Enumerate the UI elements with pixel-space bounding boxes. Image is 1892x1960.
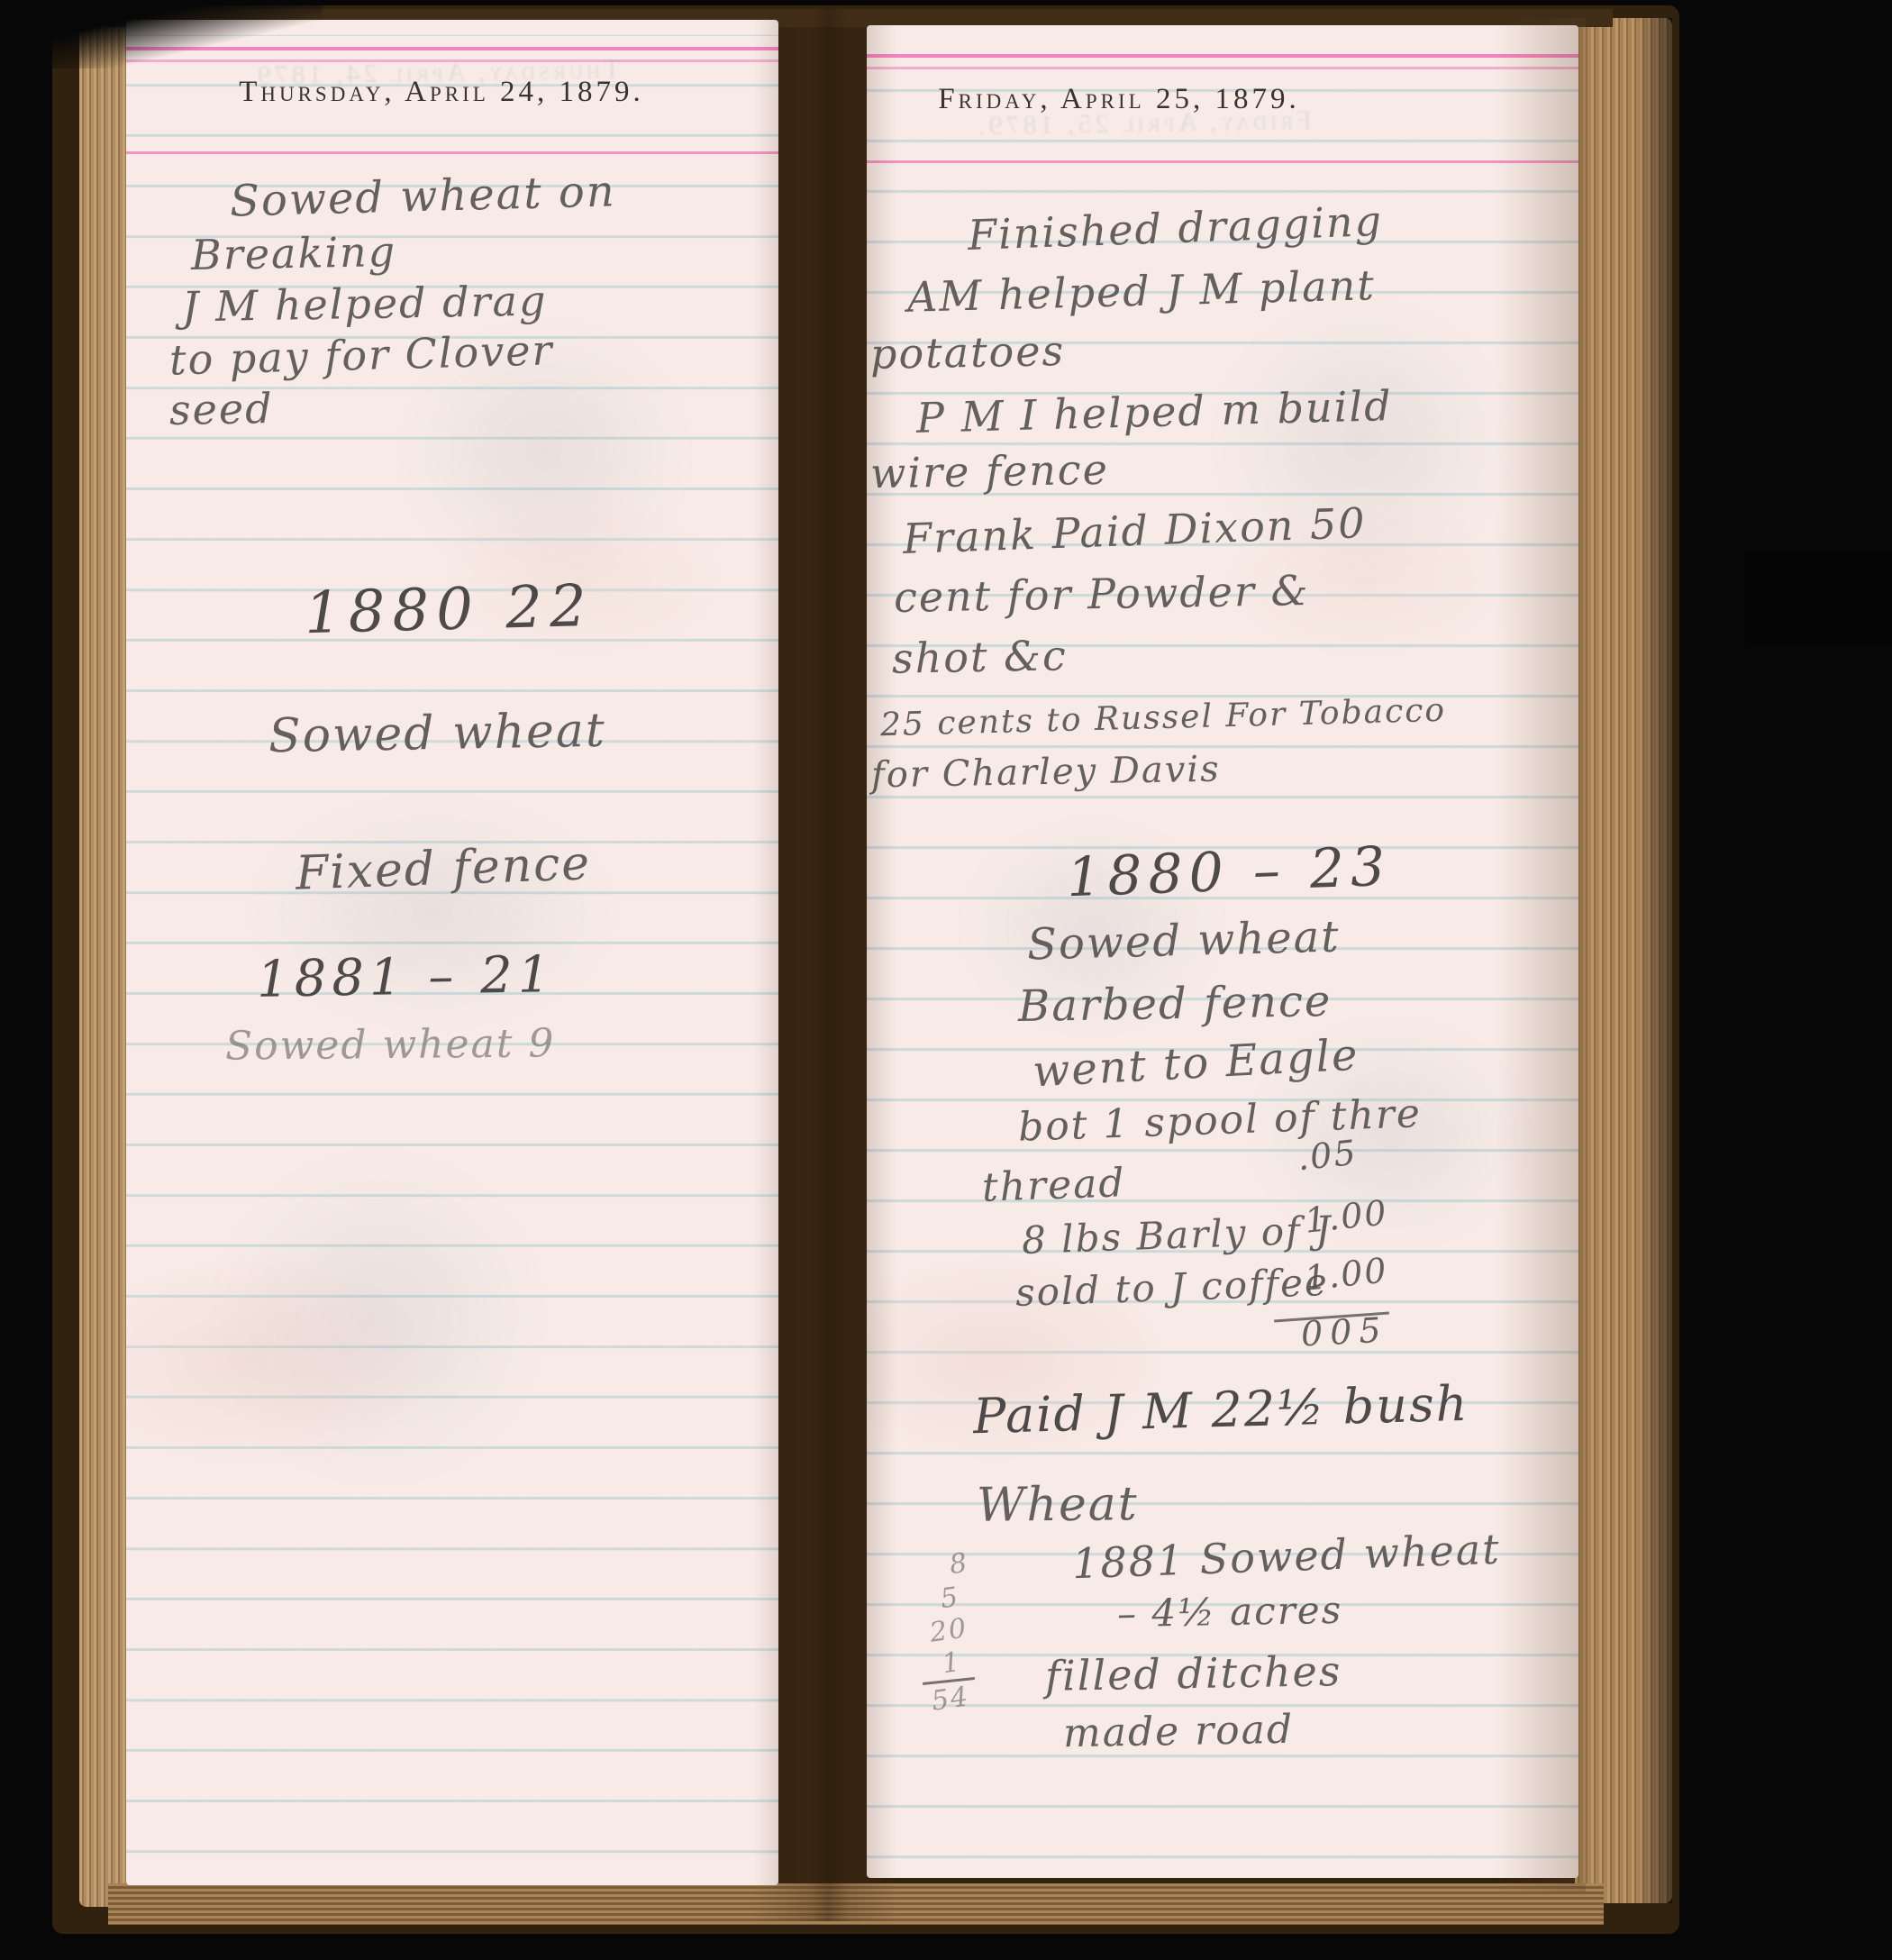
handwritten-line: made road <box>1063 1707 1295 1756</box>
handwritten-line: to pay for Clover <box>168 325 554 384</box>
page-stack-edge-bottom <box>108 1883 1604 1925</box>
ledger-amount-total: 005 <box>1300 1310 1389 1354</box>
pink-rule <box>867 67 1578 69</box>
handwritten-line: went to Eagle <box>1032 1030 1360 1098</box>
handwritten-line: 1881 – 21 <box>256 945 555 1009</box>
margin-figure: 20 <box>928 1612 970 1649</box>
handwritten-line: Breaking <box>191 227 397 279</box>
handwritten-line: 1880 22 <box>304 573 594 647</box>
page-stack-edge-left <box>79 14 133 1907</box>
handwritten-line: Frank Paid Dixon 50 <box>902 498 1367 563</box>
bleedthrough-smudge <box>207 1146 550 1489</box>
handwritten-line: Sowed wheat <box>268 704 607 764</box>
handwritten-line: potatoes <box>870 326 1066 378</box>
handwritten-line: shot &c <box>892 631 1069 682</box>
handwritten-line: cent for Powder & <box>894 566 1310 622</box>
handwritten-line: P M I helped m build <box>915 381 1393 442</box>
left-page: Thursday, April 24, 1879. Thursday, Apri… <box>126 20 778 1885</box>
pink-rule <box>867 160 1578 163</box>
ledger-amount-thread: .05 <box>1296 1133 1360 1179</box>
handwritten-line: 1880 – 23 <box>1066 835 1392 910</box>
handwritten-line: – 4½ acres <box>1117 1588 1343 1636</box>
handwritten-line: Fixed fence <box>295 836 592 900</box>
right-page: Friday, April 25, 1879. Friday, April 25… <box>867 25 1578 1878</box>
margin-figure: 8 <box>948 1547 971 1582</box>
handwritten-line: Finished dragging <box>967 196 1384 260</box>
left-page-date-header: Thursday, April 24, 1879. <box>126 76 757 109</box>
margin-figure: 54 <box>930 1681 972 1718</box>
handwritten-line: Paid J M 22½ bush <box>972 1375 1469 1445</box>
handwritten-line: sold to J coffee <box>1014 1260 1329 1315</box>
handwritten-line: filled ditches <box>1045 1646 1342 1700</box>
diary-scan: Thursday, April 24, 1879. Thursday, Apri… <box>0 0 1892 1960</box>
handwritten-line: 1881 Sowed wheat <box>1071 1525 1501 1589</box>
book-clasp <box>1744 552 1892 643</box>
pink-rule <box>867 54 1578 58</box>
handwritten-line: Sowed wheat on <box>229 166 616 226</box>
handwritten-line: Wheat <box>977 1477 1139 1533</box>
ledger-amount-barly: 1.00 <box>1303 1192 1390 1240</box>
handwritten-line: J M helped drag <box>182 276 548 331</box>
handwritten-line: Sowed wheat 9 <box>225 1020 556 1069</box>
top-left-corner-shadow <box>52 5 323 68</box>
right-page-date-header: Friday, April 25, 1879. <box>867 83 1371 116</box>
handwritten-line: thread <box>981 1160 1126 1211</box>
margin-figure: 1 <box>941 1646 964 1681</box>
handwritten-line: Barbed fence <box>1018 976 1333 1032</box>
handwritten-line: Sowed wheat <box>1026 911 1341 970</box>
margin-figure: 5 <box>939 1582 962 1616</box>
handwritten-line: wire fence <box>870 445 1110 498</box>
handwritten-line: for Charley Davis <box>871 749 1221 797</box>
ledger-amount-coffee: 1.00 <box>1303 1250 1390 1298</box>
handwritten-line: AM helped J M plant <box>906 260 1376 322</box>
pink-rule <box>126 151 778 154</box>
handwritten-line: 8 lbs Barly of J <box>1021 1208 1333 1263</box>
handwritten-line: bot 1 spool of thre <box>1017 1090 1422 1151</box>
handwritten-line: 25 cents to Russel For Tobacco <box>880 692 1447 743</box>
handwritten-line: seed <box>169 384 274 434</box>
page-stack-edge-right <box>1575 18 1672 1903</box>
